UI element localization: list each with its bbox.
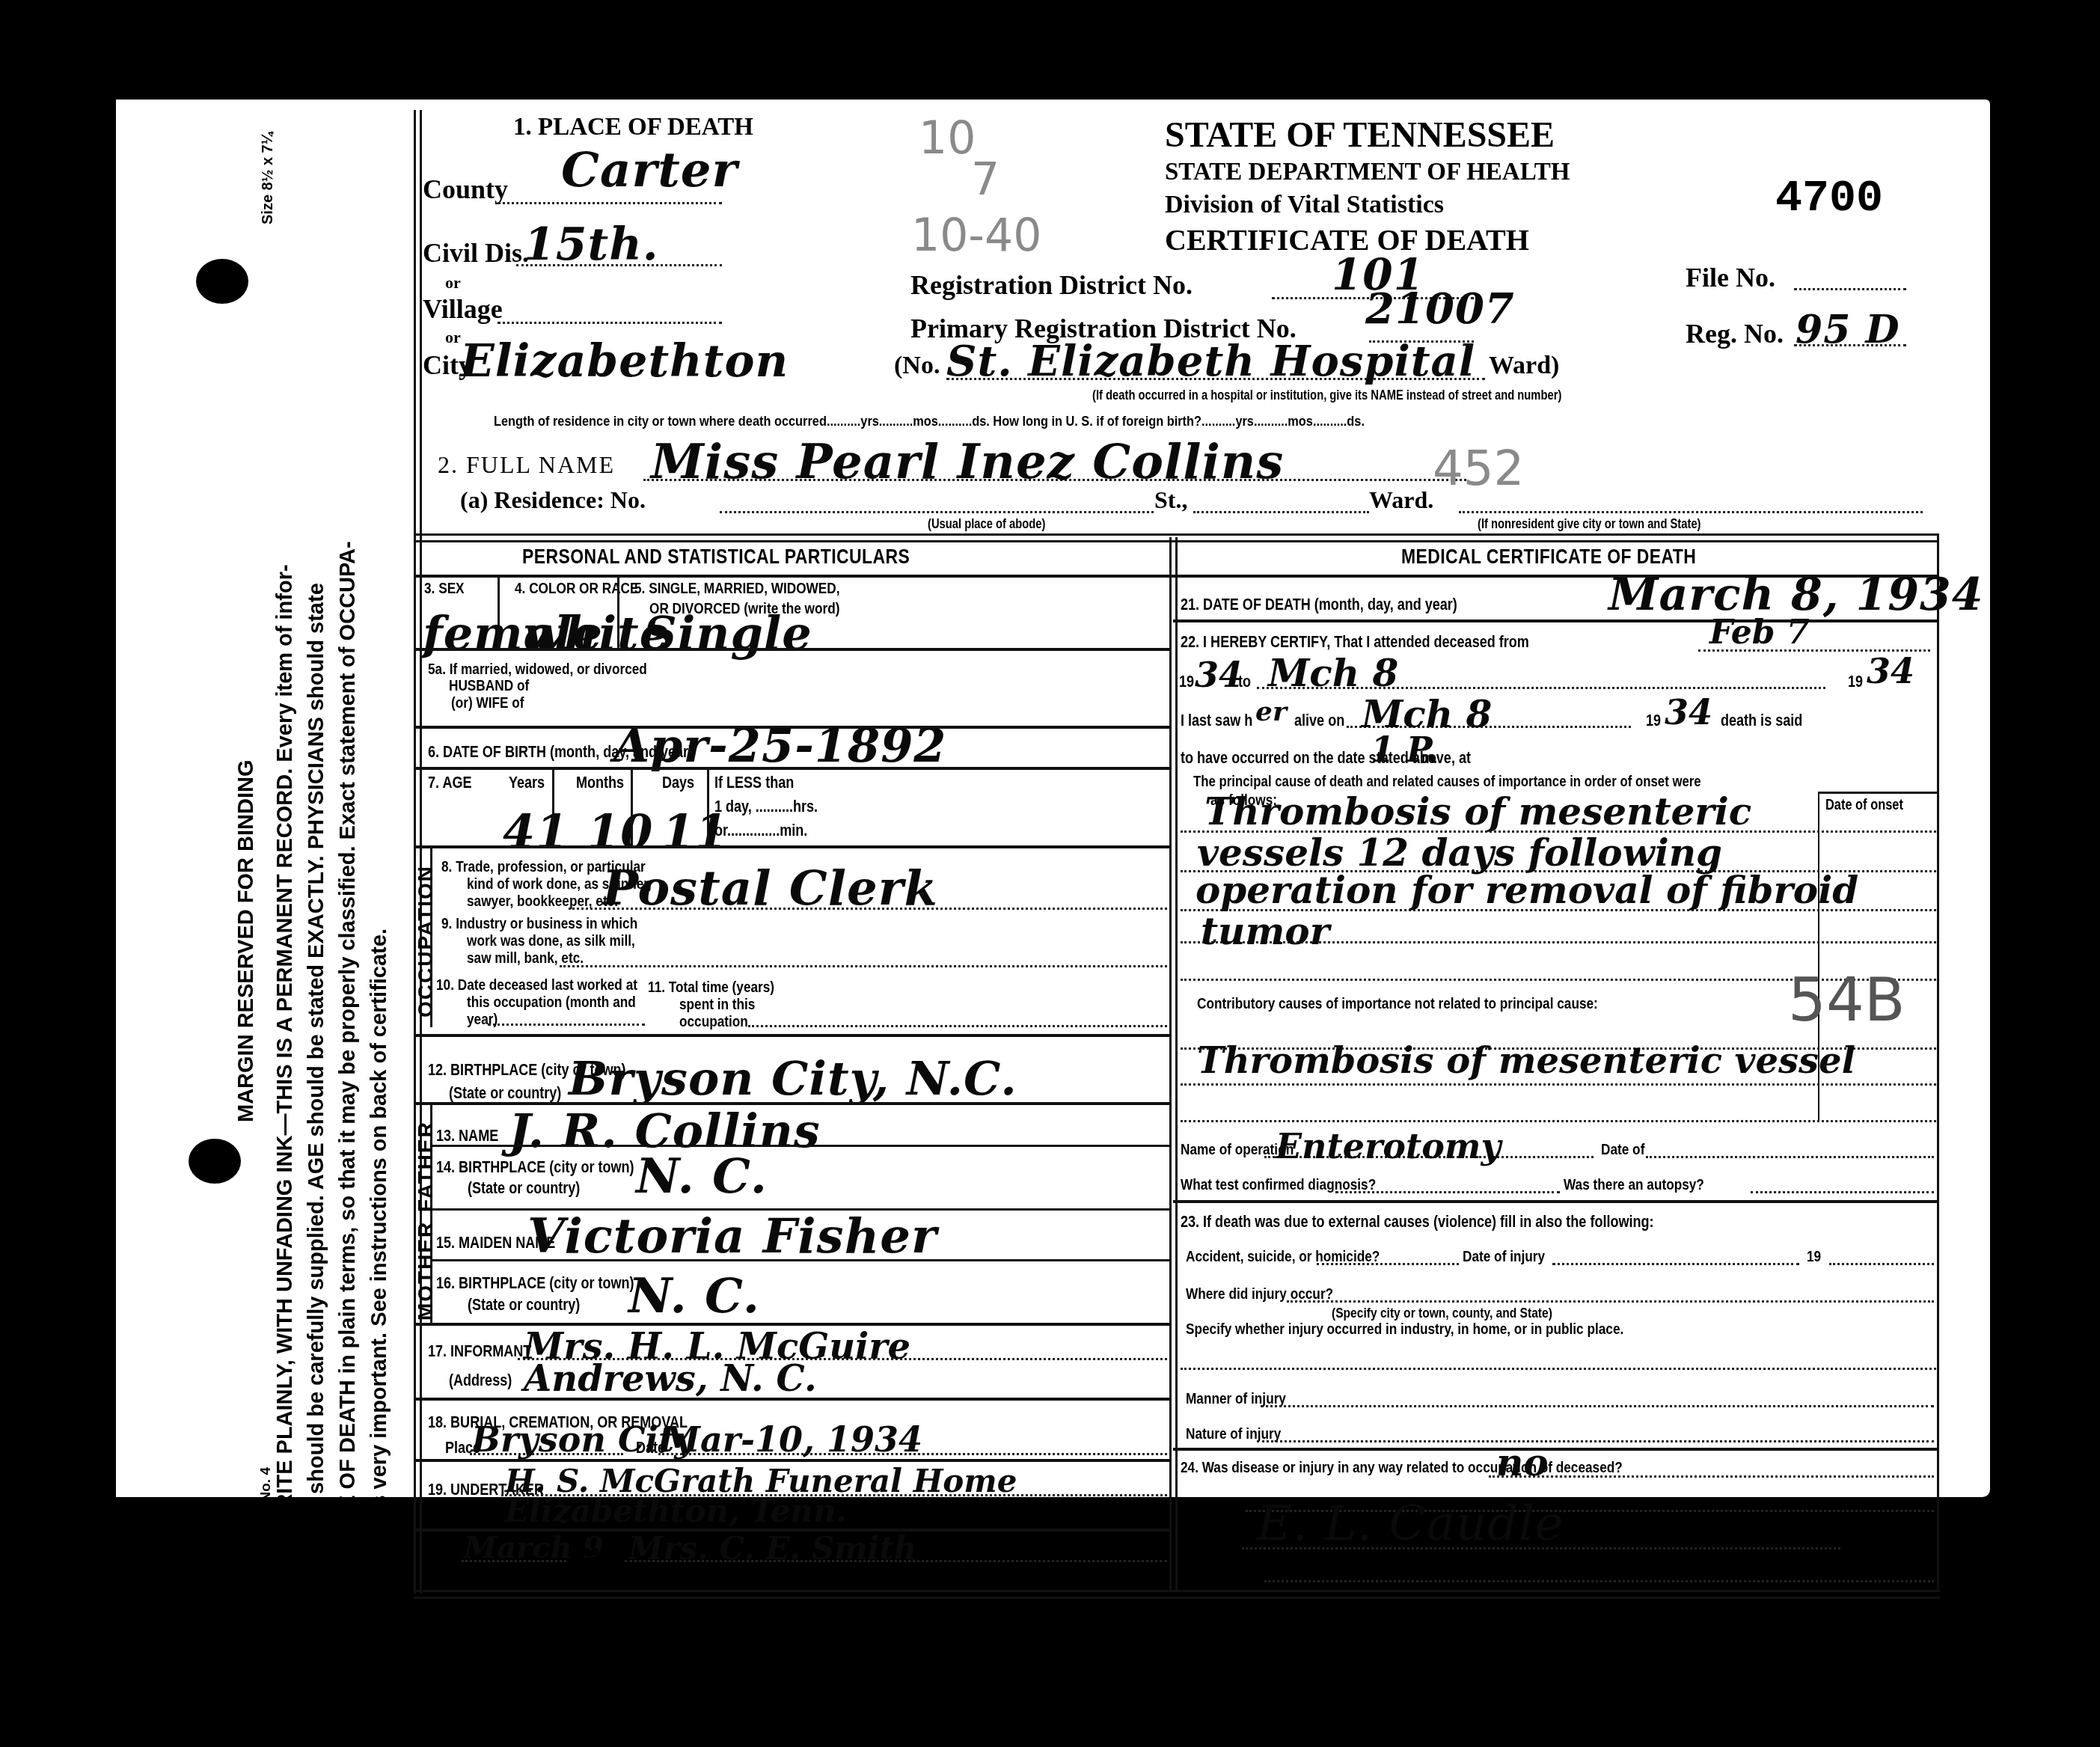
last-saw-label: I last saw h — [1181, 711, 1252, 730]
residence-ward-label: Ward. — [1369, 486, 1433, 514]
city-value: Elizabethton — [460, 335, 789, 388]
physician-address-label: (Address) — [1227, 1567, 1287, 1585]
street-no-label: (No. — [894, 352, 940, 380]
father-birthplace-label-1: 14. BIRTHPLACE (city or town) — [436, 1157, 634, 1177]
manner-field[interactable] — [1261, 1405, 1934, 1407]
industry-field[interactable] — [560, 965, 1167, 967]
full-name-value: Miss Pearl Inez Collins — [651, 434, 1284, 490]
physician-address-field[interactable] — [1264, 1580, 1934, 1582]
last-saw-year: 34 — [1665, 692, 1712, 732]
race-marital-divider — [617, 576, 619, 649]
registrar-value: Mrs. C. E. Smith — [628, 1530, 916, 1567]
where-field[interactable] — [1287, 1300, 1934, 1303]
medical-divider-1 — [1173, 619, 1937, 622]
row-divider-9 — [432, 1259, 1169, 1261]
row-divider-3 — [416, 767, 1169, 770]
father-name-label: 13. NAME — [436, 1126, 498, 1145]
village-field[interactable] — [498, 322, 722, 324]
total-time-label-3: occupation — [679, 1013, 748, 1031]
reg-no-label: Reg. No. — [1686, 318, 1784, 349]
time-suffix: m. — [1421, 748, 1437, 768]
medical-divider-3 — [1173, 1448, 1937, 1451]
residence-no-field[interactable] — [720, 511, 1154, 513]
undertaker-address-value: Elizabethton, Tenn. — [505, 1493, 847, 1529]
primary-registration-district-field[interactable] — [1369, 340, 1474, 343]
autopsy-label: Was there an autopsy? — [1564, 1176, 1704, 1194]
last-worked-field[interactable] — [488, 1024, 645, 1026]
age-months-value: 10 — [587, 804, 653, 859]
file-no-field[interactable] — [1794, 288, 1906, 290]
date-of-death-label: 21. DATE OF DEATH (month, day, and year) — [1181, 595, 1457, 614]
margin-instructions: N. B.—WRITE PLAINLY, WITH UNFADING INK—T… — [269, 541, 395, 1601]
nature-field[interactable] — [1257, 1440, 1934, 1442]
column-divider — [1169, 537, 1178, 1592]
occupation-related-label: 24. Was disease or injury in any way rel… — [1181, 1459, 1623, 1477]
father-tab: FATHER — [414, 1121, 438, 1212]
spouse-label-2: HUSBAND of — [449, 677, 529, 695]
ward-label: Ward) — [1489, 352, 1559, 380]
sex-label: 3. SEX — [424, 580, 465, 598]
residence-st-label: St., — [1154, 486, 1187, 514]
attended-to-year: 34 — [1867, 651, 1914, 691]
punch-hole-top — [196, 259, 248, 304]
age-years-value: 41 — [503, 804, 569, 859]
sex-race-divider — [498, 576, 500, 649]
row-divider-4 — [416, 845, 1169, 848]
full-name-pencil-note: 452 — [1433, 441, 1524, 497]
md-label: M. D. — [1900, 1532, 1932, 1552]
binding-note: MARGIN RESERVED FOR BINDING — [230, 760, 262, 1122]
instruction-line-3: CAUSE OF DEATH in plain terms, so that i… — [332, 541, 364, 1601]
age-less-3: or..............min. — [714, 821, 807, 840]
hospital-note: (If death occurred in a hospital or inst… — [1092, 388, 1561, 403]
autopsy-field[interactable] — [1751, 1191, 1934, 1193]
medical-divider-2 — [1173, 1200, 1937, 1203]
injury-date-field[interactable] — [1552, 1263, 1799, 1265]
contributory-line-2-field[interactable] — [1181, 1083, 1936, 1086]
full-name-label: 2. FULL NAME — [438, 451, 615, 479]
attended-to-value: Mch 8 — [1268, 651, 1398, 695]
personal-heading: PERSONAL AND STATISTICAL PARTICULARS — [522, 545, 910, 569]
year-prefix-3: 19 — [1646, 711, 1661, 730]
contributory-label: Contributory causes of importance not re… — [1197, 995, 1598, 1013]
accident-field[interactable] — [1317, 1263, 1459, 1265]
test-field[interactable] — [1335, 1191, 1560, 1193]
row-divider-1 — [416, 648, 1169, 651]
death-said-label: death is said — [1721, 711, 1802, 730]
division-title: Division of Vital Statistics — [1165, 191, 1444, 219]
total-time-label-2: spent in this — [679, 996, 755, 1014]
operation-date-label: Date of — [1601, 1141, 1644, 1159]
informant-address-value: Andrews, N. C. — [524, 1358, 817, 1400]
stamp-number: 4700 — [1775, 174, 1883, 224]
birthplace-label-2: (State or country) — [449, 1083, 561, 1103]
cause-line-3: operation for removal of fibroid — [1196, 868, 1858, 912]
form-number: Form V. S. No. 4 — [258, 1467, 275, 1575]
marital-value: Single — [643, 606, 812, 661]
physician-signature: E. L. Caudle — [1257, 1496, 1564, 1552]
father-birthplace-label-2: (State or country) — [468, 1178, 580, 1198]
pencil-note-1: 10 — [919, 112, 976, 165]
code-pencil: 54B — [1788, 965, 1905, 1035]
row-divider-12 — [416, 1459, 1169, 1462]
onset-header-line — [1818, 792, 1937, 794]
mother-birthplace-label-1: 16. BIRTHPLACE (city or town) — [436, 1273, 634, 1293]
mother-birthplace-label-2: (State or country) — [468, 1295, 580, 1315]
or-label-1: or — [445, 273, 461, 293]
nonresident-note: (If nonresident give city or town and St… — [1478, 516, 1701, 532]
age-divider-1 — [552, 769, 554, 847]
injury-year-label: 19 — [1807, 1248, 1821, 1266]
row-divider-11 — [416, 1398, 1169, 1401]
dob-value: Apr-25-1892 — [613, 718, 946, 773]
civil-district-value: 15th. — [524, 218, 659, 271]
instruction-line-2: mation should be carefully supplied. AGE… — [301, 541, 332, 1601]
paper-size: Size 8½ x 7¼ — [260, 132, 277, 224]
injury-year-field[interactable] — [1829, 1263, 1934, 1265]
industry-label-2: work was done, as silk mill, — [467, 932, 635, 950]
father-birthplace-value: N. C. — [636, 1148, 768, 1205]
to-label: to — [1238, 672, 1251, 691]
row-divider-7 — [432, 1145, 1169, 1147]
attended-from-value: Feb 7 — [1709, 614, 1810, 652]
age-days-label: Days — [662, 773, 694, 792]
alive-on-label: alive on — [1294, 711, 1344, 730]
operation-value: Enterotomy — [1276, 1126, 1501, 1166]
specify-city-note: (Specify city or town, county, and State… — [1332, 1306, 1552, 1322]
age-less-2: 1 day, ..........hrs. — [714, 797, 818, 816]
primary-registration-district-value: 21007 — [1365, 284, 1515, 334]
last-saw-pronoun: er — [1255, 696, 1287, 727]
occupation-related-value: no — [1496, 1440, 1549, 1484]
specify-where-field[interactable] — [1181, 1368, 1936, 1370]
residence-length: Length of residence in city or town wher… — [494, 414, 1365, 430]
instruction-line-1: N. B.—WRITE PLAINLY, WITH UNFADING INK—T… — [269, 541, 301, 1601]
registration-district-label: Registration District No. — [910, 269, 1193, 301]
spouse-label-3: (or) WIFE of — [451, 694, 524, 712]
age-label: 7. AGE — [428, 773, 471, 792]
occupation-tab: OCCUPATION — [414, 865, 438, 1018]
total-time-field[interactable] — [748, 1025, 1167, 1027]
county-field[interactable] — [498, 202, 722, 204]
trade-value: Postal Clerk — [602, 860, 938, 917]
primary-registration-district-label: Primary Registration District No. — [910, 313, 1297, 344]
total-time-label-1: 11. Total time (years) — [648, 979, 774, 997]
state-title: STATE OF TENNESSEE — [1165, 114, 1555, 156]
frame-left — [414, 110, 422, 1594]
informant-address-label: (Address) — [449, 1371, 512, 1390]
spouse-label-1: 5a. If married, widowed, or divorced — [428, 661, 647, 679]
cause-intro-1: The principal cause of death and related… — [1193, 773, 1701, 791]
county-label: County — [423, 174, 508, 205]
injury-date-label: Date of injury — [1463, 1248, 1545, 1266]
registrar-label: Registrar. — [1081, 1571, 1135, 1588]
filed-year: 1934 — [575, 1545, 607, 1566]
punch-hole-bottom — [189, 1139, 241, 1184]
instruction-line-4: TION is very important. See instructions… — [364, 541, 395, 1601]
mother-name-value: Victoria Fisher — [527, 1208, 937, 1264]
department-title: STATE DEPARTMENT OF HEALTH — [1165, 159, 1570, 186]
contributory-line-3-field[interactable] — [1181, 1120, 1936, 1122]
file-no-label: File No. — [1686, 262, 1775, 293]
race-label: 4. COLOR OR RACE — [515, 580, 639, 598]
county-value: Carter — [561, 142, 738, 198]
right-border — [1937, 533, 1939, 1592]
marital-label-1: 5. SINGLE, MARRIED, WIDOWED, — [634, 580, 840, 598]
informant-label: 17. INFORMANT — [428, 1341, 531, 1361]
occupation-related-field[interactable] — [1489, 1475, 1934, 1478]
age-months-label: Months — [576, 773, 624, 792]
age-divider-2 — [631, 769, 633, 847]
village-label: Village — [423, 293, 503, 325]
attended-from-year: 34 — [1195, 655, 1243, 695]
operation-date-field[interactable] — [1646, 1156, 1934, 1158]
last-worked-label-2: this occupation (month and — [467, 994, 636, 1012]
burial-date-value: Mar-10, 1934 — [662, 1419, 922, 1460]
age-years-label: Years — [509, 773, 545, 792]
civil-district-label: Civil Dis. — [423, 237, 529, 269]
year-prefix-1: 19 — [1179, 672, 1194, 691]
age-divider-3 — [707, 769, 709, 847]
year-prefix-2: 19 — [1848, 672, 1863, 691]
undertaker-address-label: (Address) — [449, 1504, 512, 1523]
pencil-note-3: 10-40 — [911, 209, 1041, 262]
age-less-1: If LESS than — [714, 773, 794, 792]
residence-st-field[interactable] — [1193, 511, 1369, 513]
place-of-death-heading: 1. PLACE OF DEATH — [513, 114, 753, 141]
mother-birthplace-value: N. C. — [628, 1268, 760, 1324]
last-worked-label-1: 10. Date deceased last worked at — [436, 976, 637, 994]
residence-label: (a) Residence: No. — [460, 486, 646, 514]
certify-label: 22. I HEREBY CERTIFY, That I attended de… — [1181, 632, 1529, 652]
birthplace-value: Bryson City, N.C. — [569, 1051, 1017, 1106]
contributory-value: Thrombosis of mesenteric vessel — [1197, 1040, 1855, 1082]
onset-label: Date of onset — [1825, 797, 1903, 814]
mother-tab: MOTHER — [414, 1221, 438, 1321]
external-causes-label: 23. If death was due to external causes … — [1181, 1212, 1654, 1232]
industry-label-1: 9. Industry or business in which — [441, 915, 637, 933]
medical-heading: MEDICAL CERTIFICATE OF DEATH — [1401, 545, 1696, 569]
row-divider-5 — [416, 1034, 1169, 1037]
cause-line-4: tumor — [1201, 909, 1329, 953]
specify-where-label: Specify whether injury occurred in indus… — [1186, 1321, 1623, 1338]
or-label-2: or — [445, 328, 461, 347]
pencil-note-2: 7 — [971, 153, 1000, 206]
reg-no-value: 95 D — [1796, 307, 1900, 352]
cause-line-1: Thrombosis of mesenteric — [1204, 789, 1751, 833]
nonresident-field[interactable] — [1459, 511, 1923, 513]
last-worked-label-3: year) — [467, 1011, 498, 1029]
usual-abode-note: (Usual place of abode) — [928, 516, 1045, 532]
